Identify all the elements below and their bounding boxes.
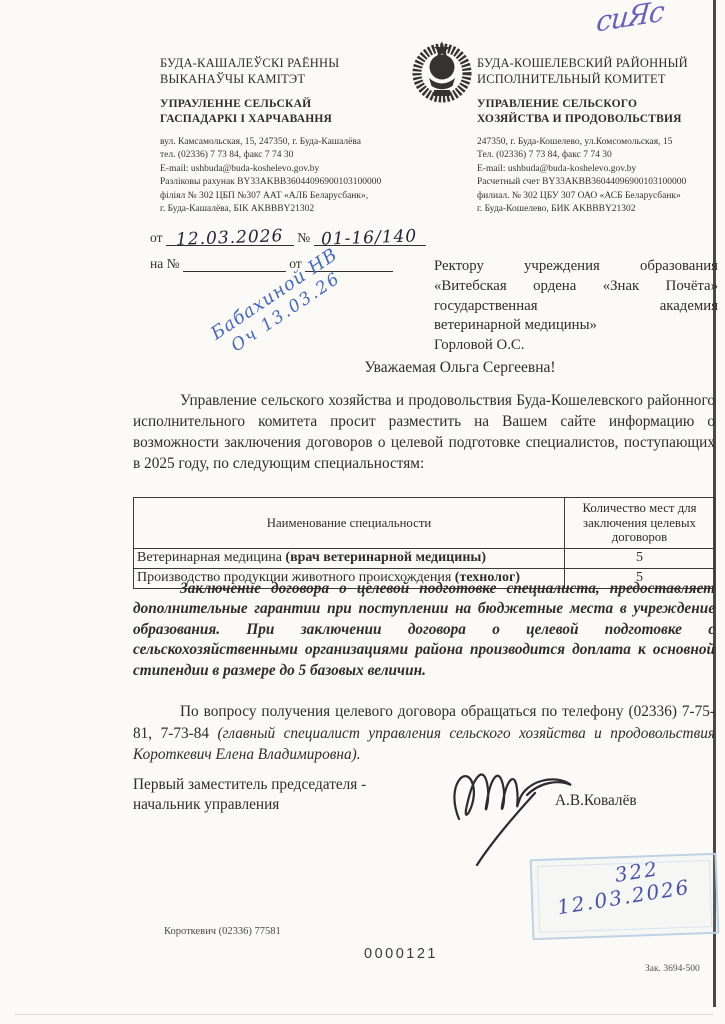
contact-details-by: вул. Камсамольская, 15, 247350, г. Буда-… bbox=[160, 136, 408, 216]
print-order-note: Зак. 3694-500 bbox=[645, 964, 700, 974]
org-name-by-line1: БУДА-КАШАЛЕЎСКІ РАЁННЫ bbox=[160, 56, 408, 72]
addressee-line: государственная академия bbox=[434, 297, 718, 317]
outgoing-number-blank: 01-16/140 bbox=[314, 227, 426, 246]
org-name-ru-line2: ИСПОЛНИТЕЛЬНЫЙ КОМИТЕТ bbox=[477, 72, 715, 88]
scan-edge-line-bottom bbox=[14, 1014, 714, 1015]
scanned-letter-page: сиЯс БУДА-КАШАЛЕЎСКІ РАЁННЫ ВЫКАНАЎЧЫ КА… bbox=[0, 0, 725, 1024]
specialties-table: Наименование специальности Количество ме… bbox=[133, 497, 715, 589]
letterhead-belarusian-column: БУДА-КАШАЛЕЎСКІ РАЁННЫ ВЫКАНАЎЧЫ КАМІТЭТ… bbox=[160, 56, 408, 216]
bank-line: филиал. № 302 ЦБУ 307 ОАО «АСБ Беларусба… bbox=[477, 190, 715, 203]
addressee-name: Горловой О.С. bbox=[434, 336, 718, 356]
salutation: Уважаемая Ольга Сергеевна! bbox=[310, 359, 610, 377]
executor-contact: Короткевич (02336) 77581 bbox=[164, 926, 281, 937]
document-counter-number: 0000121 bbox=[364, 946, 438, 962]
stamp-handwriting: 322 12.03.2026 bbox=[552, 852, 692, 919]
bank-line: філіял № 302 ЦБП №307 ААТ «АЛБ Беларусба… bbox=[160, 190, 408, 203]
addressee-line: ветеринарной медицины» bbox=[434, 316, 718, 336]
letterhead: БУДА-КАШАЛЕЎСКІ РАЁННЫ ВЫКАНАЎЧЫ КАМІТЭТ… bbox=[160, 56, 717, 216]
dept-name-ru-line2: ХОЗЯЙСТВА И ПРОДОВОЛЬСТВИЯ bbox=[477, 112, 715, 127]
count-cell: 5 bbox=[565, 548, 715, 568]
belarus-coat-of-arms-icon bbox=[410, 38, 474, 216]
phone-line: тел. (02336) 7 73 84, факс 7 74 30 bbox=[160, 149, 408, 162]
address-line: вул. Камсамольская, 15, 247350, г. Буда-… bbox=[160, 136, 408, 149]
addressee-line: Ректору учреждения образования bbox=[434, 257, 718, 277]
incoming-reference-line: на № от bbox=[150, 253, 426, 272]
dept-name-ru-line1: УПРАВЛЕНИЕ СЕЛЬСКОГО bbox=[477, 97, 715, 112]
emphasized-word: доплата bbox=[572, 641, 631, 658]
body-paragraph-3: По вопросу получения целевого договора о… bbox=[133, 701, 715, 766]
specialty-cell: Ветеринарная медицина (врач ветеринарной… bbox=[134, 548, 565, 568]
table-row: Ветеринарная медицина (врач ветеринарной… bbox=[134, 548, 715, 568]
reply-number-label: на № bbox=[150, 256, 179, 271]
body-paragraph-1: Управление сельского хозяйства и продово… bbox=[133, 390, 715, 474]
org-name-ru-line1: БУДА-КОШЕЛЕВСКИЙ РАЙОННЫЙ bbox=[477, 56, 715, 72]
reply-number-blank bbox=[183, 253, 286, 272]
contact-details-ru: 247350, г. Буда-Кошелево, ул.Комсомольск… bbox=[477, 136, 715, 216]
specialty-name: Ветеринарная медицина bbox=[137, 550, 285, 565]
addressee-block: Ректору учреждения образования «Витебска… bbox=[434, 257, 718, 356]
email-line: E-mail: ushbuda@buda-koshelevo.gov.by bbox=[160, 163, 408, 176]
phone-line: Тел. (02336) 7 73 84, факс 7 74 30 bbox=[477, 149, 715, 162]
stamp-incoming-date: 12.03.2026 bbox=[555, 875, 692, 920]
signature-block: Первый заместитель председателя - началь… bbox=[133, 775, 715, 815]
bik-line: г. Буда-Кошелево, БИК AKBBBY21302 bbox=[477, 203, 715, 216]
dept-name-by-line2: ГАСПАДАРКІ І ХАРЧАВАННЯ bbox=[160, 112, 408, 127]
outgoing-reference-line: от 12.03.2026 № 01-16/140 bbox=[150, 227, 426, 246]
handwritten-outgoing-number: 01-16/140 bbox=[321, 226, 418, 249]
table-header-row: Наименование специальности Количество ме… bbox=[134, 498, 715, 549]
handwritten-initials: сиЯс bbox=[595, 0, 665, 39]
specialty-qualification: (врач ветеринарной медицины) bbox=[285, 550, 486, 565]
addressee-line: «Витебская ордена «Знак Почёта» bbox=[434, 277, 718, 297]
bik-line: г. Буда-Кашалёва, БІК AKBBBY21302 bbox=[160, 203, 408, 216]
letterhead-russian-column: БУДА-КОШЕЛЕВСКИЙ РАЙОННЫЙ ИСПОЛНИТЕЛЬНЫЙ… bbox=[477, 56, 715, 216]
account-line: Расчетный счет BY33AKBB36044096900103100… bbox=[477, 176, 715, 189]
column-header-count: Количество мест для заключения целевых д… bbox=[565, 498, 715, 549]
org-name-by-line2: ВЫКАНАЎЧЫ КАМІТЭТ bbox=[160, 72, 408, 88]
from-label: от bbox=[150, 230, 162, 245]
account-line: Разліковы рахунак BY33AKBB36044096900103… bbox=[160, 176, 408, 189]
number-label: № bbox=[297, 230, 310, 245]
signer-name: А.В.Ковалёв bbox=[555, 791, 637, 811]
dept-name-by-line1: УПРАУЛЕННЕ СЕЛЬСКАЙ bbox=[160, 97, 408, 112]
body-paragraph-2-italic: Заключение договора о целевой подготовке… bbox=[133, 579, 715, 681]
handwritten-outgoing-date: 12.03.2026 bbox=[176, 226, 284, 250]
column-header-specialty: Наименование специальности bbox=[134, 498, 565, 549]
outgoing-date-blank: 12.03.2026 bbox=[166, 227, 294, 246]
stamp-incoming-number: 322 bbox=[613, 852, 688, 887]
address-line: 247350, г. Буда-Кошелево, ул.Комсомольск… bbox=[477, 136, 715, 149]
email-line: E-mail: ushbuda@buda-koshelevo.gov.by bbox=[477, 163, 715, 176]
registration-stamp: 322 12.03.2026 bbox=[530, 853, 720, 940]
contact-person-italic: (главный специалист управления сельского… bbox=[133, 725, 715, 764]
